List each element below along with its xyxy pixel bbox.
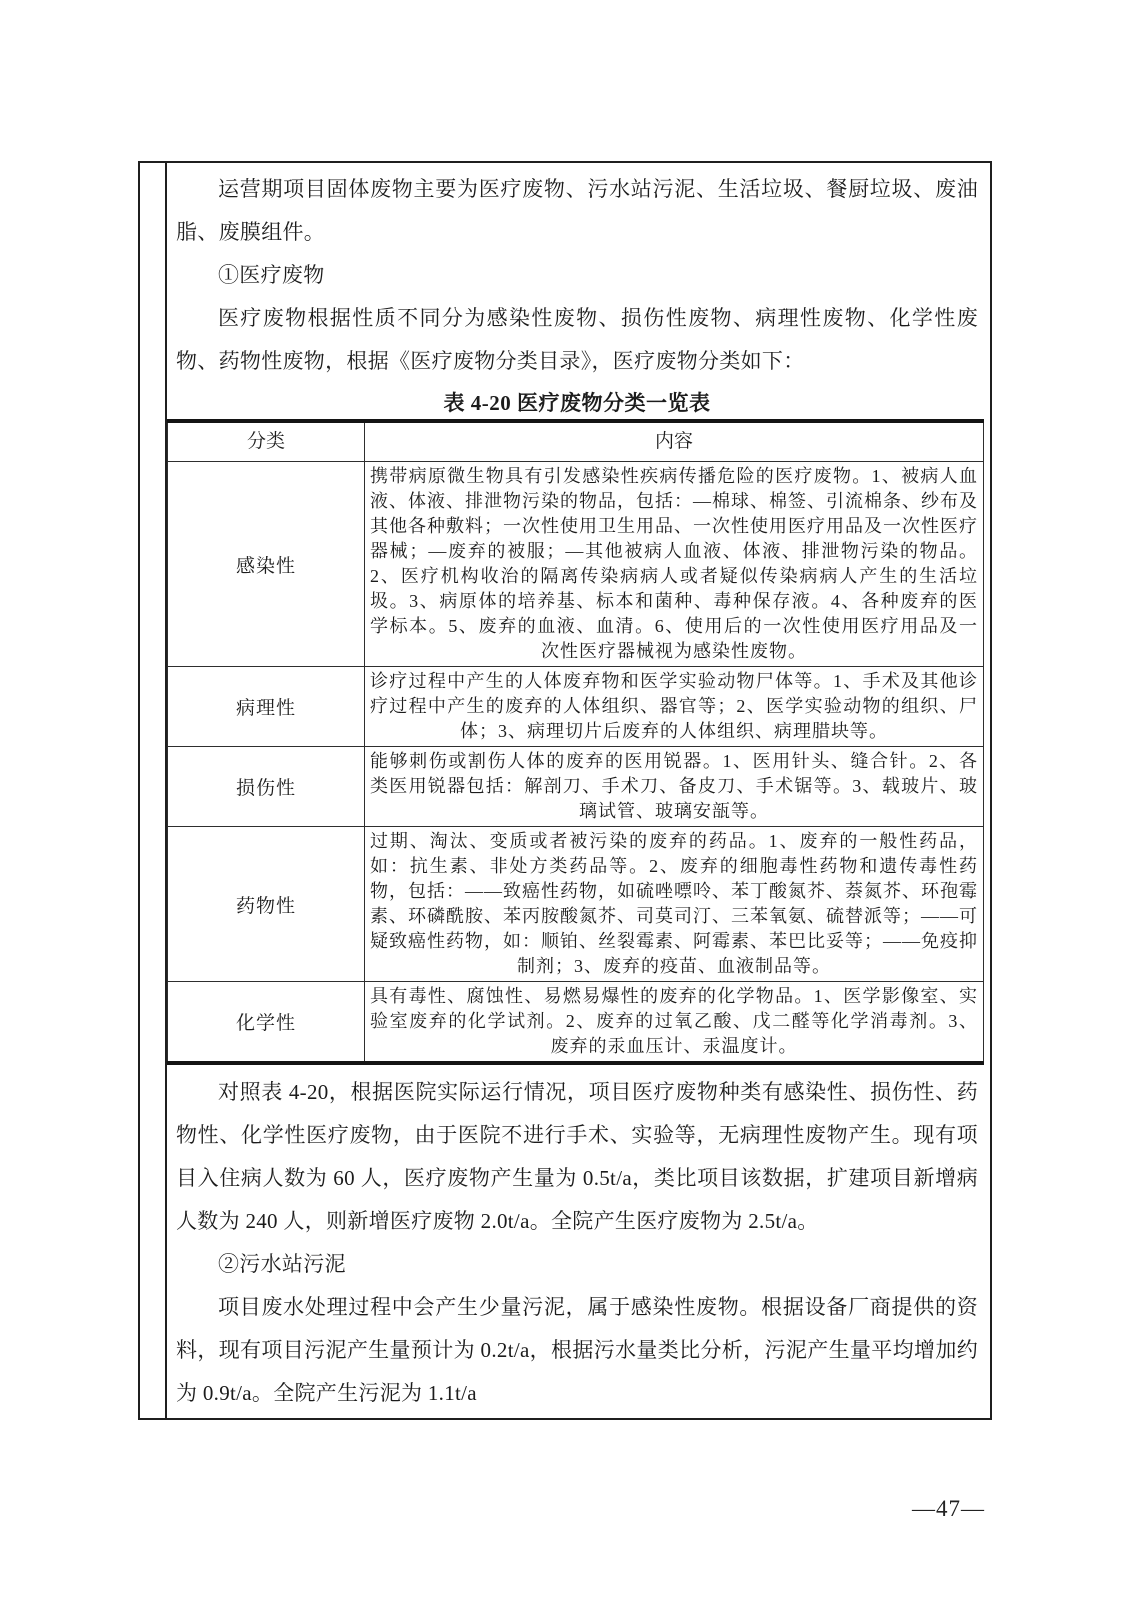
content-cell: 能够刺伤或割伤人体的废弃的医用锐器。1、医用针头、缝合针。2、各类医用锐器包括：…: [365, 747, 984, 827]
heading-sewage-sludge: ②污水站污泥: [176, 1243, 978, 1286]
table-row-pathological: 病理性 诊疗过程中产生的人体废弃物和医学实验动物尸体等。1、手术及其他诊疗过程中…: [168, 667, 984, 747]
document-page: { "page": { "number": "—47—" }, "paragra…: [0, 0, 1131, 1600]
category-cell: 药物性: [168, 827, 365, 982]
heading-medical-waste: ①医疗废物: [176, 254, 978, 297]
category-cell: 感染性: [168, 462, 365, 667]
paragraph-sludge: 项目废水处理过程中会产生少量污泥，属于感染性废物。根据设备厂商提供的资料，现有项…: [176, 1286, 978, 1415]
category-cell: 病理性: [168, 667, 365, 747]
left-gutter-column: [140, 163, 167, 1418]
table-body: 感染性 携带病原微生物具有引发感染性疾病传播危险的医疗废物。1、被病人血液、体液…: [168, 462, 984, 1064]
table-row-pharmaceutical: 药物性 过期、淘汰、变质或者被污染的废弃的药品。1、废弃的一般性药品，如：抗生素…: [168, 827, 984, 982]
table-header-content: 内容: [365, 421, 984, 462]
content-cell: 诊疗过程中产生的人体废弃物和医学实验动物尸体等。1、手术及其他诊疗过程中产生的废…: [365, 667, 984, 747]
content-area: 运营期项目固体废物主要为医疗废物、污水站污泥、生活垃圾、餐厨垃圾、废油脂、废膜组…: [167, 163, 990, 1418]
table-head: 分类 内容: [168, 421, 984, 462]
category-cell: 化学性: [168, 982, 365, 1064]
category-cell: 损伤性: [168, 747, 365, 827]
medical-waste-table: 分类 内容 感染性 携带病原微生物具有引发感染性疾病传播危险的医疗废物。1、被病…: [167, 419, 984, 1065]
table-row-chemical: 化学性 具有毒性、腐蚀性、易燃易爆性的废弃的化学物品。1、医学影像室、实验室废弃…: [168, 982, 984, 1064]
content-cell: 过期、淘汰、变质或者被污染的废弃的药品。1、废弃的一般性药品，如：抗生素、非处方…: [365, 827, 984, 982]
content-cell: 携带病原微生物具有引发感染性疾病传播危险的医疗废物。1、被病人血液、体液、排泄物…: [365, 462, 984, 667]
table-header-category: 分类: [168, 421, 365, 462]
paragraph-medical-waste-classes: 医疗废物根据性质不同分为感染性废物、损伤性废物、病理性废物、化学性废物、药物性废…: [176, 297, 978, 383]
paragraph-solid-waste-overview: 运营期项目固体废物主要为医疗废物、污水站污泥、生活垃圾、餐厨垃圾、废油脂、废膜组…: [176, 168, 978, 254]
table-row-sharps: 损伤性 能够刺伤或割伤人体的废弃的医用锐器。1、医用针头、缝合针。2、各类医用锐…: [168, 747, 984, 827]
table-header-row: 分类 内容: [168, 421, 984, 462]
table-row-infectious: 感染性 携带病原微生物具有引发感染性疾病传播危险的医疗废物。1、被病人血液、体液…: [168, 462, 984, 667]
paragraph-comparison: 对照表 4-20，根据医院实际运行情况，项目医疗废物种类有感染性、损伤性、药物性…: [176, 1071, 978, 1243]
content-frame: 运营期项目固体废物主要为医疗废物、污水站污泥、生活垃圾、餐厨垃圾、废油脂、废膜组…: [138, 161, 992, 1420]
content-cell: 具有毒性、腐蚀性、易燃易爆性的废弃的化学物品。1、医学影像室、实验室废弃的化学试…: [365, 982, 984, 1064]
page-number: —47—: [912, 1496, 985, 1522]
table-title: 表 4-20 医疗废物分类一览表: [176, 388, 978, 419]
